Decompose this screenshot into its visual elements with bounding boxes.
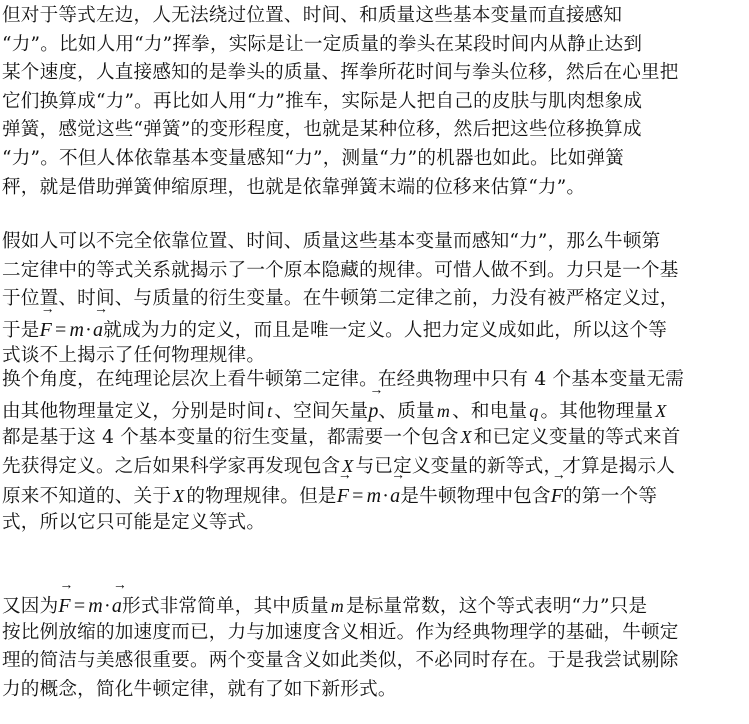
mass-variable: m — [70, 319, 85, 341]
text-line: 由其他物理量定义，分别是时间t、空间矢量p、质量m、和电量q。其他物理量X — [2, 395, 747, 424]
paragraph-2: 假如人可以不完全依靠位置、时间、质量这些基本变量而感知“力”，那么牛顿第 二定律… — [0, 228, 747, 371]
vector-f: F — [337, 480, 349, 511]
text-segment: 是牛顿物理中包含 — [400, 486, 550, 507]
text-segment: 、和电量 — [452, 401, 527, 422]
text-line: 又因为F=m·a形式非常简单，其中质量m是标量常数，这个等式表明“力”只是 — [2, 590, 747, 619]
text-line: 先获得定义。之后如果科学家再发现包含X与已定义变量的新等式，才算是揭示人 — [2, 452, 747, 481]
text-line: 按比例放缩的加速度而已，力与加速度含义相近。作为经典物理学的基础，牛顿定 — [2, 619, 747, 648]
equation-f-ma: F=m·a — [337, 486, 401, 507]
text-segment: 的第一个等 — [563, 486, 657, 507]
equals-sign: = — [52, 319, 69, 341]
vector-a: a — [390, 480, 400, 511]
text-line: 假如人可以不完全依靠位置、时间、质量这些基本变量而感知“力”，那么牛顿第 — [2, 228, 747, 257]
vector-a: a — [112, 590, 122, 621]
vector-a: a — [93, 314, 103, 345]
mass-variable: m — [435, 401, 452, 421]
text-segment: 于是 — [2, 320, 40, 341]
dot-operator: · — [103, 595, 112, 617]
text-segment: 由其他物理量定义，分别是时间 — [2, 401, 265, 422]
equation-f-ma: F=m·a — [58, 596, 122, 617]
text-line: 二定律中的等式关系就揭示了一个原本隐藏的规律。可惜人做不到。力只是一个基 — [2, 257, 747, 286]
vector-f: F — [551, 480, 563, 511]
text-line: “力”。不但人体依靠基本变量感知“力”，测量“力”的机器也如此。比如弹簧 — [2, 145, 747, 174]
text-line: 于位置、时间、与质量的衍生变量。在牛顿第二定律之前，力没有被严格定义过， — [2, 285, 747, 314]
text-segment: 都是基于这 4 个基本变量的衍生变量，都需要一个包含 — [2, 427, 459, 448]
x-variable: X — [171, 486, 186, 506]
text-segment: 原来不知道的、关于 — [2, 486, 171, 507]
text-line: 都是基于这 4 个基本变量的衍生变量，都需要一个包含X和已定义变量的等式来首 — [2, 423, 747, 452]
text-line: 原来不知道的、关于X的物理规律。但是F=m·a是牛顿物理中包含F的第一个等 — [2, 480, 747, 509]
text-line: 于是F=m·a就成为力的定义，而且是唯一定义。人把力定义成如此，所以这个等 — [2, 314, 747, 343]
paragraph-1: 但对于等式左边，人无法绕过位置、时间、和质量这些基本变量而直接感知 “力”。比如… — [0, 2, 747, 202]
charge-variable: q — [527, 401, 540, 421]
text-segment: 形式非常简单，其中质量 — [122, 596, 329, 617]
equals-sign: = — [71, 595, 88, 617]
equation-f-ma: F=m·a — [40, 320, 104, 341]
text-line: 它们换算成“力”。再比如人用“力”推车，实际是人把自己的皮肤与肌肉想象成 — [2, 88, 747, 117]
mass-variable: m — [367, 485, 382, 507]
paragraph-4: 又因为F=m·a形式非常简单，其中质量m是标量常数，这个等式表明“力”只是 按比… — [0, 590, 747, 704]
text-segment: 、空间矢量 — [274, 401, 368, 422]
text-line: 力的概念，简化牛顿定律，就有了如下新形式。 — [2, 676, 747, 705]
equals-sign: = — [349, 485, 366, 507]
text-line: 秤，就是借助弹簧伸缩原理，也就是依靠弹簧末端的位移来估算“力”。 — [2, 174, 747, 203]
text-segment: 又因为 — [2, 596, 58, 617]
time-variable: t — [265, 401, 274, 421]
x-variable: X — [459, 427, 474, 447]
text-segment: 和已定义变量的等式来首 — [474, 427, 681, 448]
vector-p: p — [368, 395, 378, 426]
text-line: 弹簧，感觉这些“弹簧”的变形程度，也就是某种位移，然后把这些位移换算成 — [2, 116, 747, 145]
vector-f: F — [40, 314, 52, 345]
mass-variable: m — [88, 595, 103, 617]
text-line: 但对于等式左边，人无法绕过位置、时间、和质量这些基本变量而直接感知 — [2, 2, 747, 31]
text-segment: 就成为力的定义，而且是唯一定义。人把力定义成如此，所以这个等 — [103, 320, 667, 341]
text-segment: 。其他物理量 — [541, 401, 654, 422]
text-segment: 的物理规律。但是 — [186, 486, 336, 507]
dot-operator: · — [84, 319, 93, 341]
text-line: 理的简洁与美感很重要。两个变量含义如此类似，不必同时存在。于是我尝试剔除 — [2, 647, 747, 676]
text-line: 式，所以它只可能是定义等式。 — [2, 509, 747, 538]
text-segment: 是标量常数，这个等式表明“力”只是 — [346, 596, 647, 617]
text-segment: 、质量 — [379, 401, 435, 422]
x-variable: X — [653, 401, 668, 421]
text-line: 某个速度，人直接感知的是拳头的质量、挥拳所花时间与拳头位移，然后在心里把 — [2, 59, 747, 88]
paragraph-3: 换个角度，在纯理论层次上看牛顿第二定律。在经典物理中只有 4 个基本变量无需 由… — [0, 366, 747, 538]
text-line: “力”。比如人用“力”挥拳，实际是让一定质量的拳头在某段时间内从静止达到 — [2, 31, 747, 60]
text-segment: 先获得定义。之后如果科学家再发现包含 — [2, 456, 340, 477]
dot-operator: · — [381, 485, 390, 507]
vector-f: F — [58, 590, 70, 621]
mass-variable: m — [329, 596, 346, 616]
